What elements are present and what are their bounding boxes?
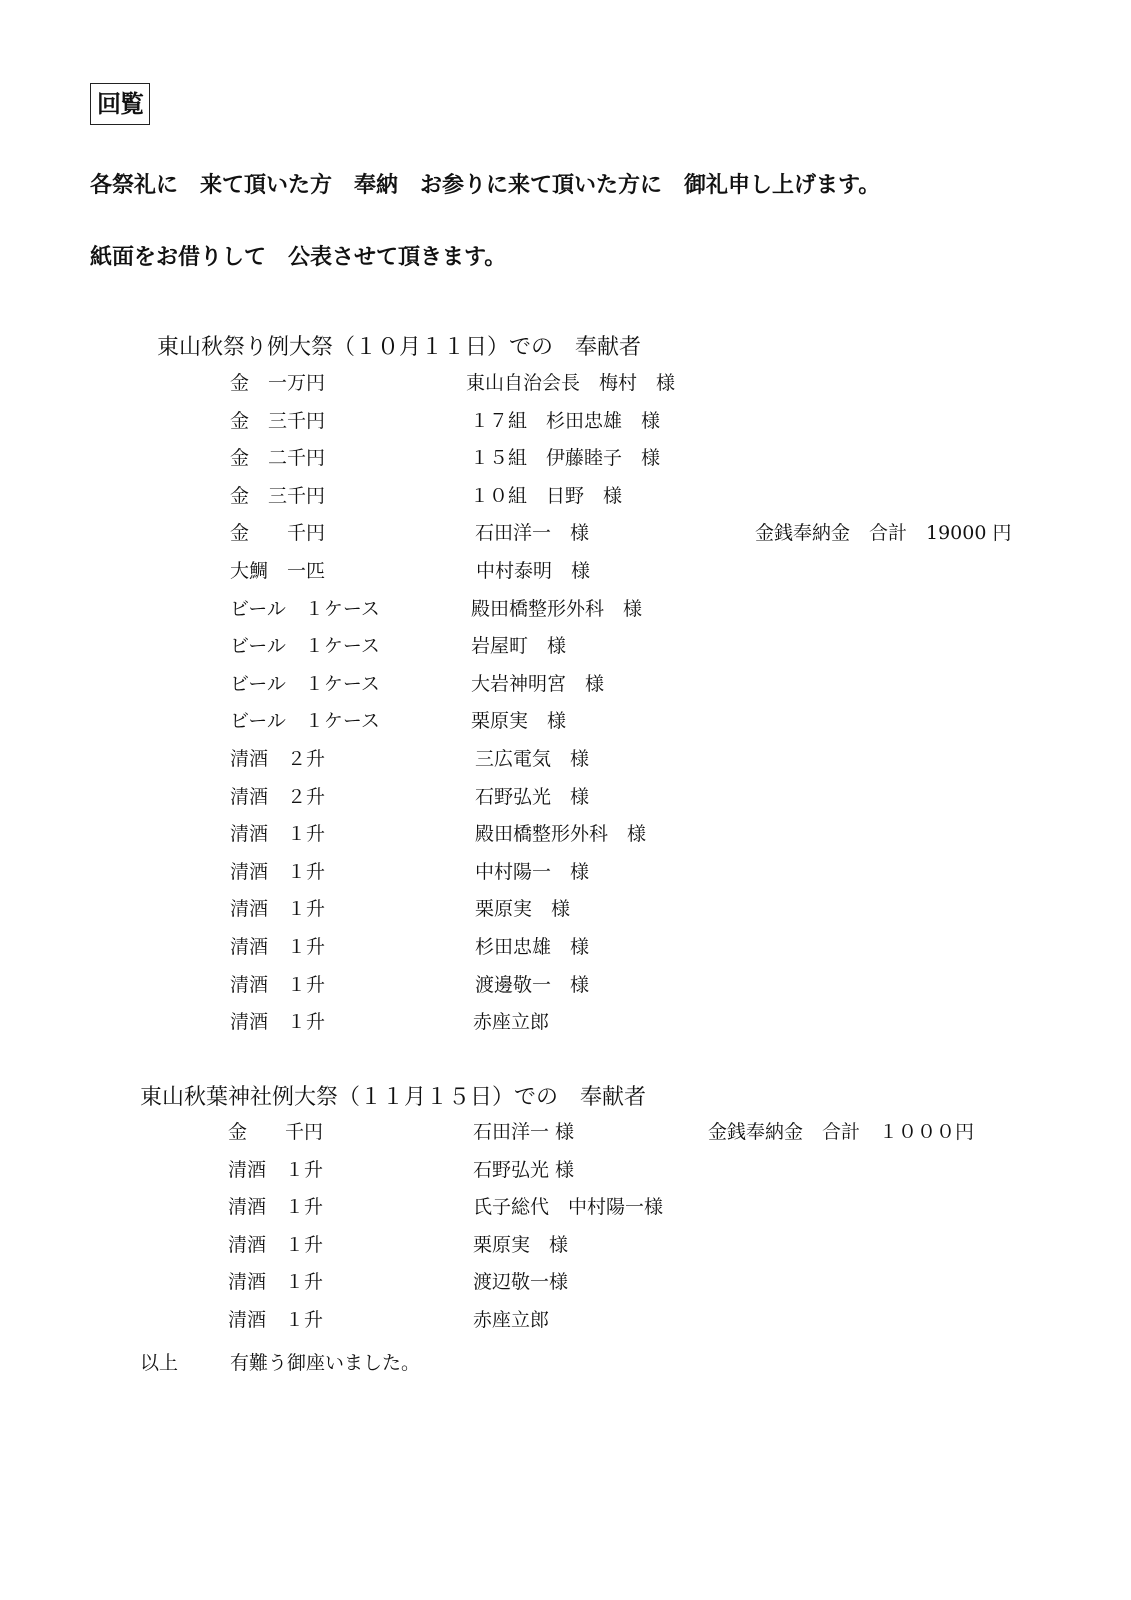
offering-item: 金 一万円 [230, 365, 325, 403]
monetary-total-note: 金銭奉納金 合計 １０００円 [708, 1114, 974, 1152]
section-1-heading: 東山秋祭り例大祭（１０月１１日）での 奉献者 [157, 330, 641, 361]
donor-name: 栗原実 様 [473, 1227, 568, 1265]
donor-row: ビール １ケース 栗原実 様 [230, 703, 1090, 741]
circular-badge: 回覧 [90, 83, 150, 125]
donor-row: 金 千円 石田洋一 様 金銭奉納金 合計 １０００円 [228, 1114, 1088, 1152]
donor-row: 清酒 １升 中村陽一 様 [230, 854, 1090, 892]
offering-item: 清酒 １升 [230, 816, 325, 854]
donor-name: 殿田橋整形外科 様 [471, 591, 642, 629]
intro-line-1: 各祭礼に 来て頂いた方 奉納 お参りに来て頂いた方に 御礼申し上げます。 [90, 168, 880, 199]
donor-name: 赤座立郎 [473, 1004, 549, 1042]
offering-item: 清酒 １升 [228, 1189, 323, 1227]
offering-item: 金 千円 [230, 515, 325, 553]
donor-name: 岩屋町 様 [471, 628, 566, 666]
donor-row: 清酒 １升 赤座立郎 [228, 1302, 1088, 1340]
offering-item: 清酒 ２升 [230, 741, 325, 779]
donor-row: 金 千円 石田洋一 様 金銭奉納金 合計 19000 円 [230, 515, 1090, 553]
offering-item: 金 三千円 [230, 403, 325, 441]
offering-item: 清酒 １升 [230, 967, 325, 1005]
donor-name: １０組 日野 様 [470, 478, 622, 516]
donor-row: 清酒 １升 渡邊敬一 様 [230, 967, 1090, 1005]
section-2-heading: 東山秋葉神社例大祭（１１月１５日）での 奉献者 [140, 1080, 646, 1111]
offering-item: 金 三千円 [230, 478, 325, 516]
offering-item: 清酒 １升 [230, 1004, 325, 1042]
offering-item: 清酒 １升 [228, 1264, 323, 1302]
donor-name: 氏子総代 中村陽一様 [473, 1189, 663, 1227]
donor-name: 渡辺敬一様 [473, 1264, 568, 1302]
offering-item: 清酒 １升 [228, 1152, 323, 1190]
donor-name: 殿田橋整形外科 様 [475, 816, 646, 854]
offering-item: ビール １ケース [230, 591, 380, 629]
donor-row: 金 二千円 １５組 伊藤睦子 様 [230, 440, 1090, 478]
donor-row: 清酒 １升 栗原実 様 [228, 1227, 1088, 1265]
donor-row: 清酒 １升 殿田橋整形外科 様 [230, 816, 1090, 854]
donor-name: 石田洋一 様 [475, 515, 589, 553]
donor-name: 石野弘光 様 [475, 779, 589, 817]
donor-row: 金 一万円 東山自治会長 梅村 様 [230, 365, 1090, 403]
donor-name: 中村泰明 様 [476, 553, 590, 591]
donor-row: ビール １ケース 岩屋町 様 [230, 628, 1090, 666]
offering-item: 清酒 １升 [228, 1227, 323, 1265]
donor-name: 中村陽一 様 [475, 854, 589, 892]
donor-row: 清酒 １升 杉田忠雄 様 [230, 929, 1090, 967]
donor-name: １７組 杉田忠雄 様 [470, 403, 660, 441]
donor-row: 清酒 １升 栗原実 様 [230, 891, 1090, 929]
donor-row: 金 三千円 １７組 杉田忠雄 様 [230, 403, 1090, 441]
donor-row: 清酒 １升 渡辺敬一様 [228, 1264, 1088, 1302]
donor-row: ビール １ケース 殿田橋整形外科 様 [230, 591, 1090, 629]
offering-item: 大鯛 一匹 [230, 553, 325, 591]
donor-name: 東山自治会長 梅村 様 [466, 365, 675, 403]
offering-item: 清酒 １升 [230, 929, 325, 967]
offering-item: 清酒 １升 [230, 854, 325, 892]
intro-line-2: 紙面をお借りして 公表させて頂きます。 [90, 240, 506, 271]
donor-name: 大岩神明宮 様 [471, 666, 604, 704]
donor-row: 清酒 １升 赤座立郎 [230, 1004, 1090, 1042]
donor-row: 清酒 ２升 石野弘光 様 [230, 779, 1090, 817]
donor-row: ビール １ケース 大岩神明宮 様 [230, 666, 1090, 704]
closing-text: 有難う御座いました。 [230, 1348, 420, 1375]
closing-label: 以上 [140, 1348, 178, 1375]
donor-name: 栗原実 様 [475, 891, 570, 929]
offering-item: 清酒 ２升 [230, 779, 325, 817]
offering-item: 清酒 １升 [228, 1302, 323, 1340]
offering-item: ビール １ケース [230, 703, 380, 741]
donor-name: 石野弘光 様 [473, 1152, 574, 1190]
donor-name: １５組 伊藤睦子 様 [470, 440, 660, 478]
donor-row: 清酒 １升 氏子総代 中村陽一様 [228, 1189, 1088, 1227]
offering-item: 金 千円 [228, 1114, 323, 1152]
offering-item: ビール １ケース [230, 628, 380, 666]
donor-name: 渡邊敬一 様 [475, 967, 589, 1005]
donor-name: 栗原実 様 [471, 703, 566, 741]
offering-item: 金 二千円 [230, 440, 325, 478]
monetary-total-note: 金銭奉納金 合計 19000 円 [755, 515, 1011, 553]
donor-name: 赤座立郎 [473, 1302, 549, 1340]
donor-row: 大鯛 一匹 中村泰明 様 [230, 553, 1090, 591]
donor-row: 金 三千円 １０組 日野 様 [230, 478, 1090, 516]
donor-name: 杉田忠雄 様 [475, 929, 589, 967]
donor-row: 清酒 １升 石野弘光 様 [228, 1152, 1088, 1190]
donor-row: 清酒 ２升 三広電気 様 [230, 741, 1090, 779]
donor-name: 三広電気 様 [475, 741, 589, 779]
offering-item: 清酒 １升 [230, 891, 325, 929]
offering-item: ビール １ケース [230, 666, 380, 704]
donor-name: 石田洋一 様 [473, 1114, 574, 1152]
